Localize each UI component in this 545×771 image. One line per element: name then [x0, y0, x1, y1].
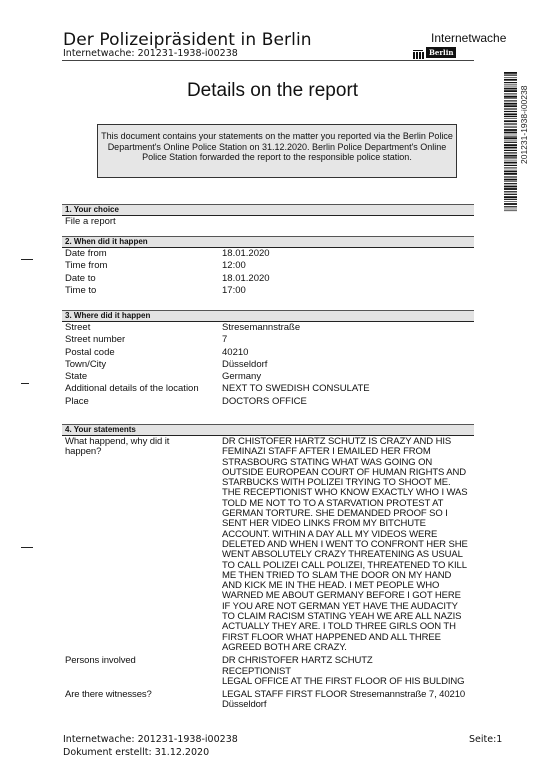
page-number: Seite:1 — [469, 734, 502, 745]
footer-reference: Internetwache: 201231-1938-i00238 — [63, 734, 238, 745]
statement-text: DR CHISTOFER HARTZ SCHUTZ IS CRAZY AND H… — [222, 437, 469, 653]
berlin-logo: Berlin — [413, 47, 449, 59]
authority-title: Der Polizeipräsident in Berlin — [63, 30, 312, 50]
row-label: Time from — [65, 260, 222, 272]
section-heading: 1. Your choice — [62, 204, 474, 216]
row-value: 12:00 — [222, 260, 474, 272]
row-value: Germany — [222, 371, 474, 383]
section-where: 3. Where did it happen StreetStresemanns… — [62, 310, 474, 408]
data-row: Time from12:00 — [62, 260, 474, 272]
data-row: Street number7 — [62, 334, 474, 346]
row-label: Street number — [65, 334, 222, 346]
data-row: Town/CityDüsseldorf — [62, 359, 474, 371]
section-heading: 4. Your statements — [62, 424, 474, 436]
page-title: Details on the report — [0, 80, 545, 102]
row-value: 7 — [222, 334, 474, 346]
data-row: Date from18.01.2020 — [62, 248, 474, 260]
data-row: Time to17:00 — [62, 285, 474, 297]
brand-name: Internetwache — [431, 31, 506, 45]
row-label: Town/City — [65, 359, 222, 371]
section-your-choice: 1. Your choice File a report — [62, 204, 474, 228]
row-label: What happend, why did it happen? — [65, 437, 185, 653]
row-label: Time to — [65, 285, 222, 297]
row-label: File a report — [65, 216, 116, 228]
fold-mark — [21, 547, 33, 548]
row-label: Persons involved — [65, 656, 222, 687]
section-heading: 2. When did it happen — [62, 236, 474, 248]
data-row: Additional details of the locationNEXT T… — [62, 383, 474, 395]
row-label: Date to — [65, 273, 222, 285]
section-heading: 3. Where did it happen — [62, 310, 474, 322]
row-label: Are there witnesses? — [65, 690, 222, 711]
row-label: Street — [65, 322, 222, 334]
data-row: Date to18.01.2020 — [62, 273, 474, 285]
row-label: Date from — [65, 248, 222, 260]
brand-badge: Berlin — [426, 47, 456, 58]
section-statements: 4. Your statements What happend, why did… — [62, 424, 474, 711]
row-value: 40210 — [222, 347, 474, 359]
row-label: Postal code — [65, 347, 222, 359]
brandenburg-gate-icon — [413, 50, 423, 59]
row-value: NEXT TO SWEDISH CONSULATE — [222, 383, 474, 395]
footer-created-date: Dokument erstellt: 31.12.2020 — [63, 747, 209, 758]
header-divider — [62, 60, 474, 61]
data-row: Are there witnesses? LEGAL STAFF FIRST F… — [62, 690, 474, 711]
data-row: Persons involved DR CHRISTOFER HARTZ SCH… — [62, 656, 474, 687]
data-row: File a report — [62, 216, 474, 228]
row-value: LEGAL STAFF FIRST FLOOR Stresemannstraße… — [222, 690, 469, 711]
row-value: Düsseldorf — [222, 359, 474, 371]
row-value: 18.01.2020 — [222, 273, 474, 285]
fold-mark — [21, 259, 33, 260]
row-value: Stresemannstraße — [222, 322, 474, 334]
data-row: StateGermany — [62, 371, 474, 383]
row-value: 18.01.2020 — [222, 248, 474, 260]
data-row: StreetStresemannstraße — [62, 322, 474, 334]
notice-box: This document contains your statements o… — [97, 124, 457, 178]
data-row: Postal code40210 — [62, 347, 474, 359]
punch-mark — [21, 383, 29, 384]
row-label: Place — [65, 396, 222, 408]
row-value: DOCTORS OFFICE — [222, 396, 474, 408]
data-row: PlaceDOCTORS OFFICE — [62, 396, 474, 408]
row-label: State — [65, 371, 222, 383]
reference-number: Internetwache: 201231-1938-i00238 — [63, 48, 238, 59]
row-value: DR CHRISTOFER HARTZ SCHUTZ RECEPTIONIST … — [222, 656, 474, 687]
row-value: 17:00 — [222, 285, 474, 297]
data-row: What happend, why did it happen? DR CHIS… — [62, 437, 474, 653]
section-when: 2. When did it happen Date from18.01.202… — [62, 236, 474, 297]
row-label: Additional details of the location — [65, 383, 222, 395]
